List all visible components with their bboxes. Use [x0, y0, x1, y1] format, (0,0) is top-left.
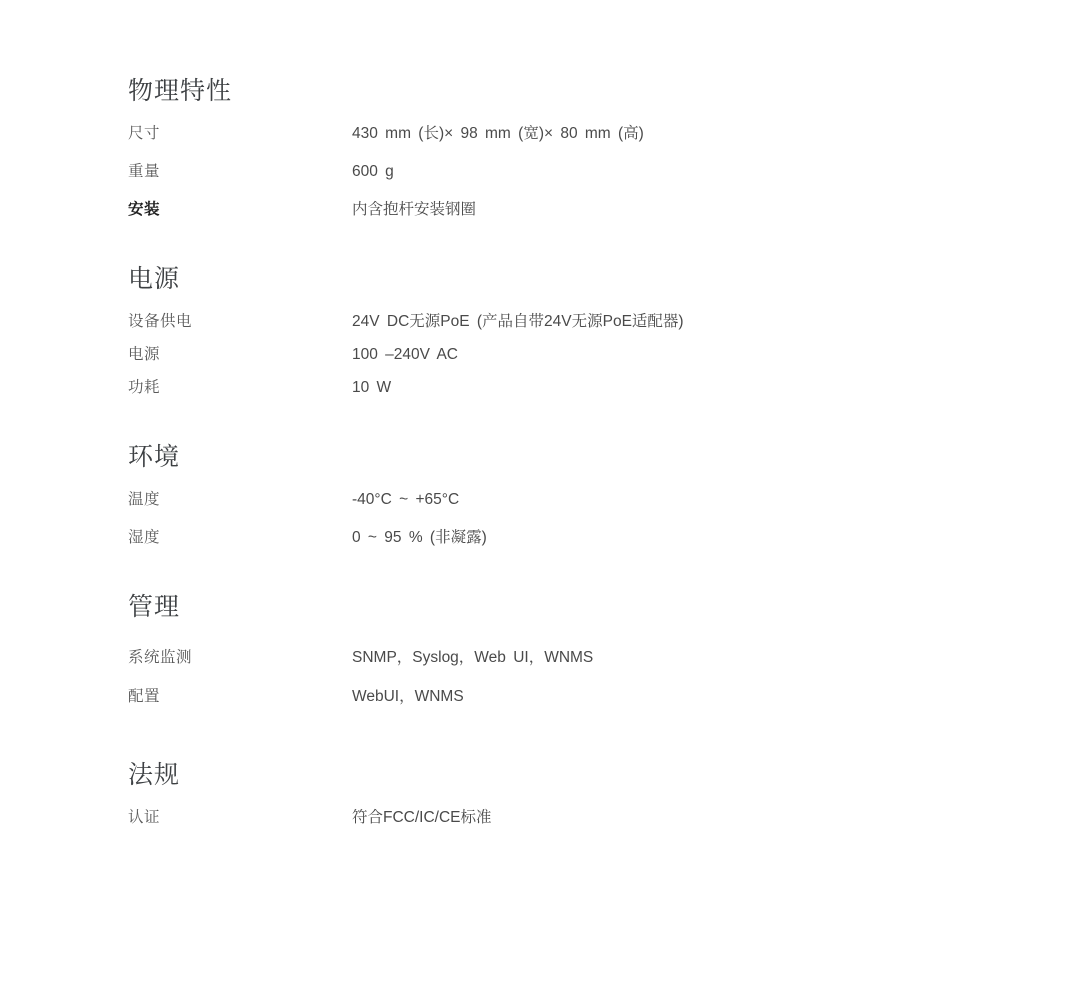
section-title-power: 电源 [128, 264, 1040, 294]
spec-value-device-power: 24V DC无源PoE (产品自带24V无源PoE适配器) [352, 312, 684, 332]
section-power: 电源 设备供电 24V DC无源PoE (产品自带24V无源PoE适配器) 电源… [128, 264, 1040, 398]
spec-row-configuration: 配置 WebUI，WNMS [128, 687, 1040, 707]
spec-label-device-power: 设备供电 [128, 312, 352, 332]
spec-row-dimensions: 尺寸 430 mm (长)× 98 mm (宽)× 80 mm (高) [128, 124, 1040, 144]
spec-value-weight: 600 g [352, 162, 394, 182]
spec-label-power-supply: 电源 [128, 345, 352, 365]
section-environment: 环境 温度 -40°C ~ +65°C 湿度 0 ~ 95 % (非凝露) [128, 442, 1040, 548]
spec-row-power-consumption: 功耗 10 W [128, 378, 1040, 398]
spec-label-monitoring: 系统监测 [128, 648, 352, 668]
spec-value-temperature: -40°C ~ +65°C [352, 490, 459, 510]
spec-label-dimensions: 尺寸 [128, 124, 352, 144]
spec-value-monitoring: SNMP，Syslog，Web UI，WNMS [352, 648, 593, 668]
section-management: 管理 系统监测 SNMP，Syslog，Web UI，WNMS 配置 WebUI… [128, 592, 1040, 707]
spec-value-power-supply: 100 –240V AC [352, 345, 458, 365]
spec-rows: 设备供电 24V DC无源PoE (产品自带24V无源PoE适配器) 电源 10… [128, 312, 1040, 398]
spec-rows: 温度 -40°C ~ +65°C 湿度 0 ~ 95 % (非凝露) [128, 490, 1040, 548]
spec-row-certification: 认证 符合FCC/IC/CE标准 [128, 808, 1040, 828]
section-title-regulatory: 法规 [128, 760, 1040, 790]
spec-sheet-page: 物理特性 尺寸 430 mm (长)× 98 mm (宽)× 80 mm (高)… [0, 0, 1080, 1001]
spec-value-certification: 符合FCC/IC/CE标准 [352, 808, 492, 828]
section-physical: 物理特性 尺寸 430 mm (长)× 98 mm (宽)× 80 mm (高)… [128, 76, 1040, 220]
spec-label-certification: 认证 [128, 808, 352, 828]
spec-label-power-consumption: 功耗 [128, 378, 352, 398]
section-regulatory: 法规 认证 符合FCC/IC/CE标准 [128, 760, 1040, 828]
section-title-environment: 环境 [128, 442, 1040, 472]
spec-label-configuration: 配置 [128, 687, 352, 707]
section-title-physical: 物理特性 [128, 76, 1040, 106]
section-title-management: 管理 [128, 592, 1040, 622]
spec-value-configuration: WebUI，WNMS [352, 687, 464, 707]
spec-rows: 尺寸 430 mm (长)× 98 mm (宽)× 80 mm (高) 重量 6… [128, 124, 1040, 220]
spec-row-power-supply: 电源 100 –240V AC [128, 345, 1040, 365]
spec-rows: 认证 符合FCC/IC/CE标准 [128, 808, 1040, 828]
spec-row-weight: 重量 600 g [128, 162, 1040, 182]
spec-value-humidity: 0 ~ 95 % (非凝露) [352, 528, 487, 548]
spec-value-mounting: 内含抱杆安装钢圈 [352, 200, 476, 220]
spec-label-temperature: 温度 [128, 490, 352, 510]
spec-row-mounting: 安装 内含抱杆安装钢圈 [128, 200, 1040, 220]
spec-value-power-consumption: 10 W [352, 378, 391, 398]
spec-label-weight: 重量 [128, 162, 352, 182]
spec-row-temperature: 温度 -40°C ~ +65°C [128, 490, 1040, 510]
spec-label-mounting: 安装 [128, 200, 352, 220]
spec-row-humidity: 湿度 0 ~ 95 % (非凝露) [128, 528, 1040, 548]
spec-row-monitoring: 系统监测 SNMP，Syslog，Web UI，WNMS [128, 648, 1040, 668]
spec-row-device-power: 设备供电 24V DC无源PoE (产品自带24V无源PoE适配器) [128, 312, 1040, 332]
spec-label-humidity: 湿度 [128, 528, 352, 548]
spec-rows: 系统监测 SNMP，Syslog，Web UI，WNMS 配置 WebUI，WN… [128, 648, 1040, 707]
spec-value-dimensions: 430 mm (长)× 98 mm (宽)× 80 mm (高) [352, 124, 644, 144]
